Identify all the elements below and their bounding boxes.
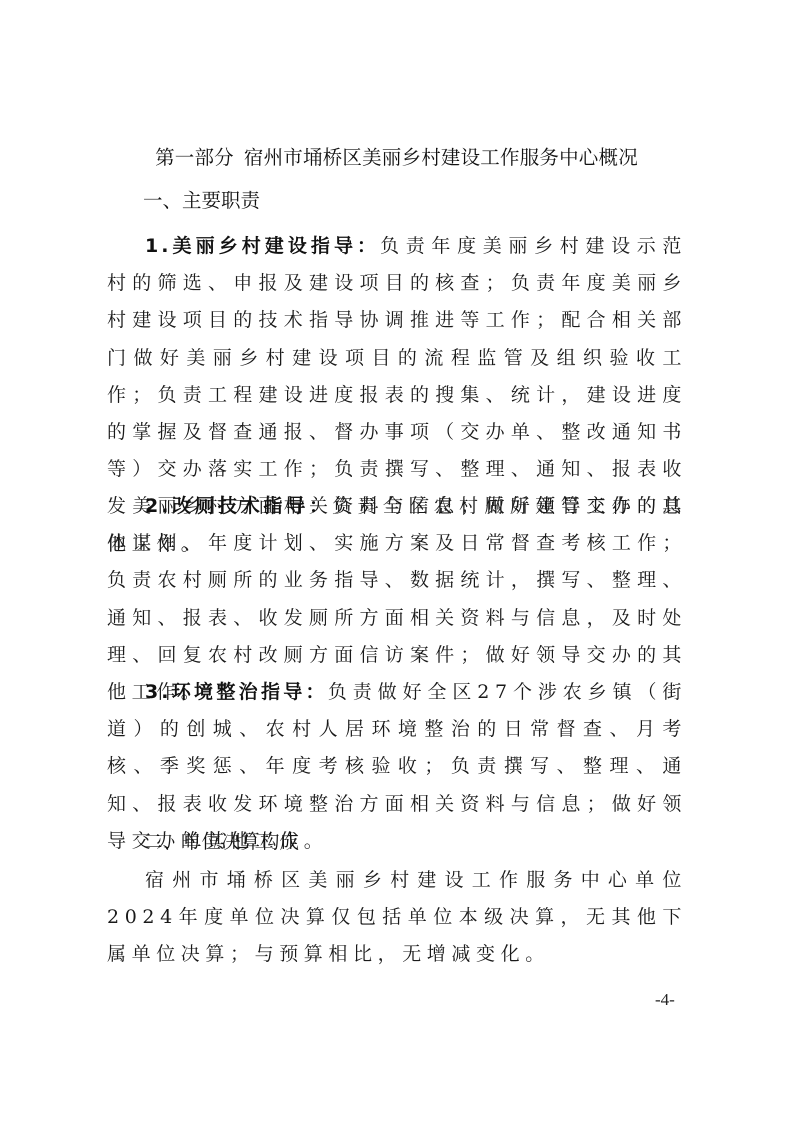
budget-paragraph: 宿州市埇桥区美丽乡村建设工作服务中心单位2024年度单位决算仅包括单位本级决算，… <box>107 862 687 974</box>
duty-label-2: 2.改厕技术指导： <box>145 495 332 517</box>
duty-label-1: 1.美丽乡村建设指导： <box>145 235 380 257</box>
duty-label-3: 3.环境整治指导： <box>145 681 328 703</box>
document-page: 第一部分宿州市埇桥区美丽乡村建设工作服务中心概况 一、主要职责 1.美丽乡村建设… <box>0 0 793 1122</box>
section-heading-duties: 一、主要职责 <box>143 186 260 216</box>
page-number: -4- <box>655 990 675 1010</box>
page-title: 第一部分宿州市埇桥区美丽乡村建设工作服务中心概况 <box>0 143 793 173</box>
duty-text-2: 负责全区农村厕所建管工作的总体谋划、年度计划、实施方案及日常督查考核工作；负责农… <box>107 495 687 703</box>
org-title: 宿州市埇桥区美丽乡村建设工作服务中心概况 <box>244 146 638 169</box>
part-title: 第一部分 <box>155 146 234 169</box>
section-heading-budget: 二、单位决算构成 <box>143 827 299 857</box>
